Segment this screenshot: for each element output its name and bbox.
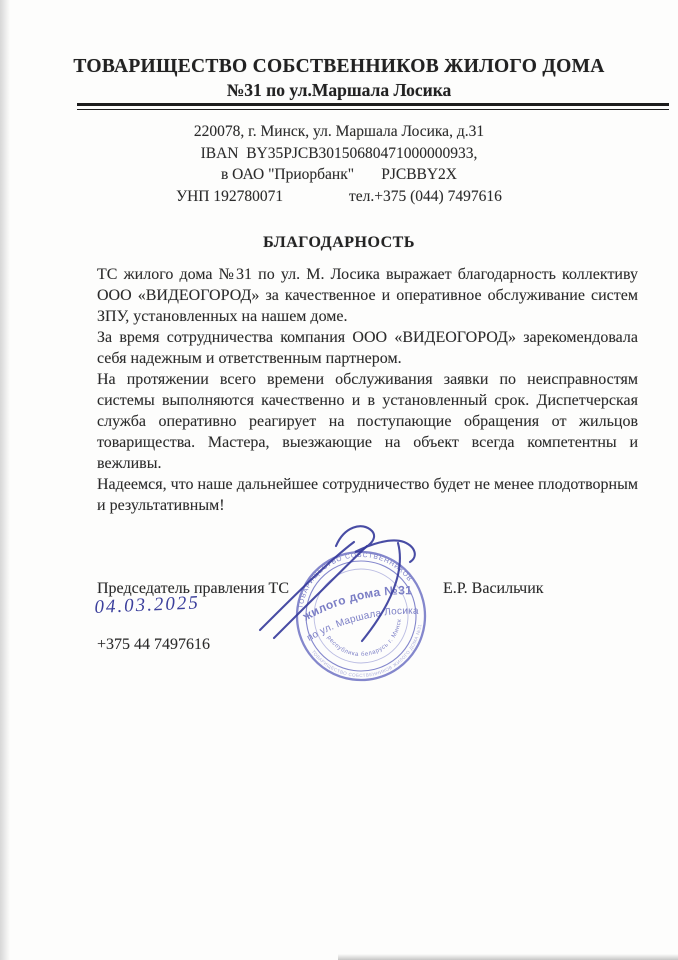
- body-paragraph: За время сотрудничества компания ООО «ВИ…: [97, 327, 638, 369]
- body-paragraph: ТС жилого дома №31 по ул. М. Лосика выра…: [97, 264, 638, 327]
- document-title: БЛАГОДАРНОСТЬ: [0, 234, 678, 252]
- contact-iban: IBAN BY35PJCB30150680471000000933,: [0, 143, 678, 165]
- round-stamp-and-signature: ТОВАРИЩЕСТВО СОБСТВЕННИКОВ ТОВАРИЩЕСТВО …: [246, 504, 486, 714]
- contact-block: 220078, г. Минск, ул. Маршала Лосика, д.…: [0, 121, 678, 207]
- scanned-letter-page: ТОВАРИЩЕСТВО СОБСТВЕННИКОВ ЖИЛОГО ДОМА №…: [0, 0, 678, 960]
- contact-address: 220078, г. Минск, ул. Маршала Лосика, д.…: [0, 121, 678, 143]
- letterhead-org-name: ТОВАРИЩЕСТВО СОБСТВЕННИКОВ ЖИЛОГО ДОМА: [0, 56, 678, 78]
- contact-phone-bottom: +375 44 7497616: [97, 636, 210, 654]
- body-paragraph: На протяжении всего времени обслуживания…: [97, 369, 638, 474]
- handwritten-date: 04.03.2025: [94, 592, 200, 619]
- scan-shadow-bottom: [338, 954, 678, 960]
- contact-bank: в ОАО "Приорбанк" PJCBBY2X: [0, 164, 678, 186]
- letter-body: ТС жилого дома №31 по ул. М. Лосика выра…: [97, 264, 638, 516]
- letterhead-org-address-line: №31 по ул.Маршала Лосика: [0, 80, 678, 101]
- stamp-impression: ТОВАРИЩЕСТВО СОБСТВЕННИКОВ ТОВАРИЩЕСТВО …: [283, 538, 438, 693]
- contact-unp-phone: УНП 192780071 тел.+375 (044) 7497616: [0, 186, 678, 208]
- letterhead-divider-rule: [77, 103, 669, 110]
